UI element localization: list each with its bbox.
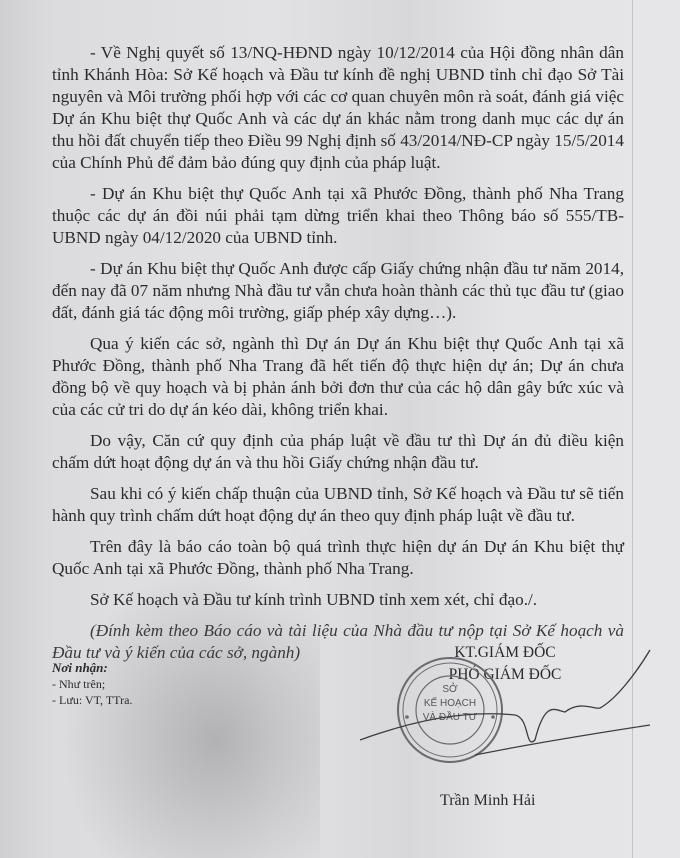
paragraph-resolution: - Về Nghị quyết số 13/NQ-HĐND ngày 10/12… [52,42,624,174]
paragraph-next-steps: Sau khi có ý kiến chấp thuận của UBND tỉ… [52,483,624,527]
document-page: - Về Nghị quyết số 13/NQ-HĐND ngày 10/12… [0,0,680,858]
paragraph-opinions: Qua ý kiến các sở, ngành thì Dự án Dự án… [52,333,624,421]
document-body: - Về Nghị quyết số 13/NQ-HĐND ngày 10/12… [52,42,624,673]
recipients-block: Nơi nhận: - Như trên; - Lưu: VT, TTra. [52,660,132,708]
recipient-item: - Lưu: VT, TTra. [52,692,132,708]
signer-name: Trần Minh Hải [440,792,535,810]
paragraph-conclusion: Do vậy, Căn cứ quy định của pháp luật về… [52,430,624,474]
paragraph-submission: Sở Kế hoạch và Đầu tư kính trình UBND tỉ… [52,589,624,611]
handwritten-signature-icon [355,640,655,780]
recipients-title: Nơi nhận: [52,660,132,676]
paragraph-certificate: - Dự án Khu biệt thự Quốc Anh được cấp G… [52,258,624,324]
paragraph-summary: Trên đây là báo cáo toàn bộ quá trình th… [52,536,624,580]
paragraph-suspension: - Dự án Khu biệt thự Quốc Anh tại xã Phư… [52,183,624,249]
recipient-item: - Như trên; [52,676,132,692]
